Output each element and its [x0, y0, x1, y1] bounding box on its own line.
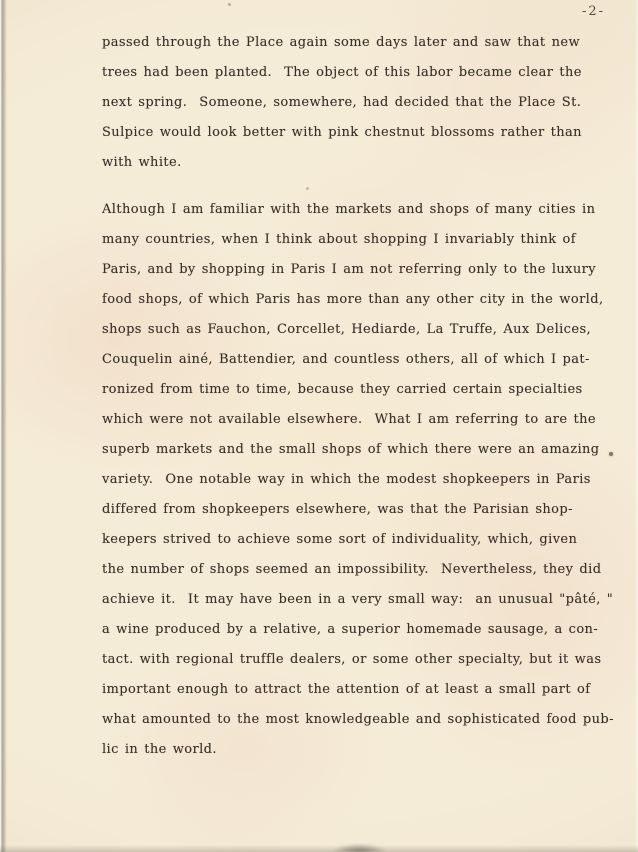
text-line: the number of shops seemed an impossibil…	[102, 555, 602, 585]
paragraph-place-st-sulpice: passed through the Place again some days…	[102, 28, 602, 178]
text-line: trees had been planted. The object of th…	[102, 58, 602, 88]
text-line: achieve it. It may have been in a very s…	[102, 585, 602, 615]
text-line: with white.	[102, 148, 602, 178]
text-line: shops such as Fauchon, Corcellet, Hediar…	[102, 315, 602, 345]
text-line: important enough to attract the attentio…	[102, 675, 602, 705]
text-line: keepers strived to achieve some sort of …	[102, 525, 602, 555]
text-line: Paris, and by shopping in Paris I am not…	[102, 255, 602, 285]
paper-speck	[306, 187, 309, 190]
paragraph-paris-shopping: Although I am familiar with the markets …	[102, 195, 602, 765]
text-line: Sulpice would look better with pink ches…	[102, 118, 602, 148]
text-line: passed through the Place again some days…	[102, 28, 602, 58]
text-line: ronized from time to time, because they …	[102, 375, 602, 405]
text-line: many countries, when I think about shopp…	[102, 225, 602, 255]
text-line: tact. with regional truffle dealers, or …	[102, 645, 602, 675]
page-number: -2-	[582, 4, 605, 19]
paper-speck	[609, 452, 613, 456]
text-line: lic in the world.	[102, 735, 602, 765]
text-line: which were not available elsewhere. What…	[102, 405, 602, 435]
scan-edge-left	[0, 0, 7, 852]
text-line: what amounted to the most knowledgeable …	[102, 705, 602, 735]
ink-smudge	[332, 843, 387, 852]
scan-edge-bottom	[0, 845, 638, 852]
text-line: superb markets and the small shops of wh…	[102, 435, 602, 465]
text-line: food shops, of which Paris has more than…	[102, 285, 602, 315]
paper-speck	[228, 3, 231, 6]
document-text: passed through the Place again some days…	[102, 28, 602, 765]
text-line: a wine produced by a relative, a superio…	[102, 615, 602, 645]
text-line: next spring. Someone, somewhere, had dec…	[102, 88, 602, 118]
text-line: differed from shopkeepers elsewhere, was…	[102, 495, 602, 525]
text-line: Couquelin ainé, Battendier, and countles…	[102, 345, 602, 375]
text-line: variety. One notable way in which the mo…	[102, 465, 602, 495]
text-line: Although I am familiar with the markets …	[102, 195, 602, 225]
scanned-document-page: -2- passed through the Place again some …	[0, 0, 638, 852]
